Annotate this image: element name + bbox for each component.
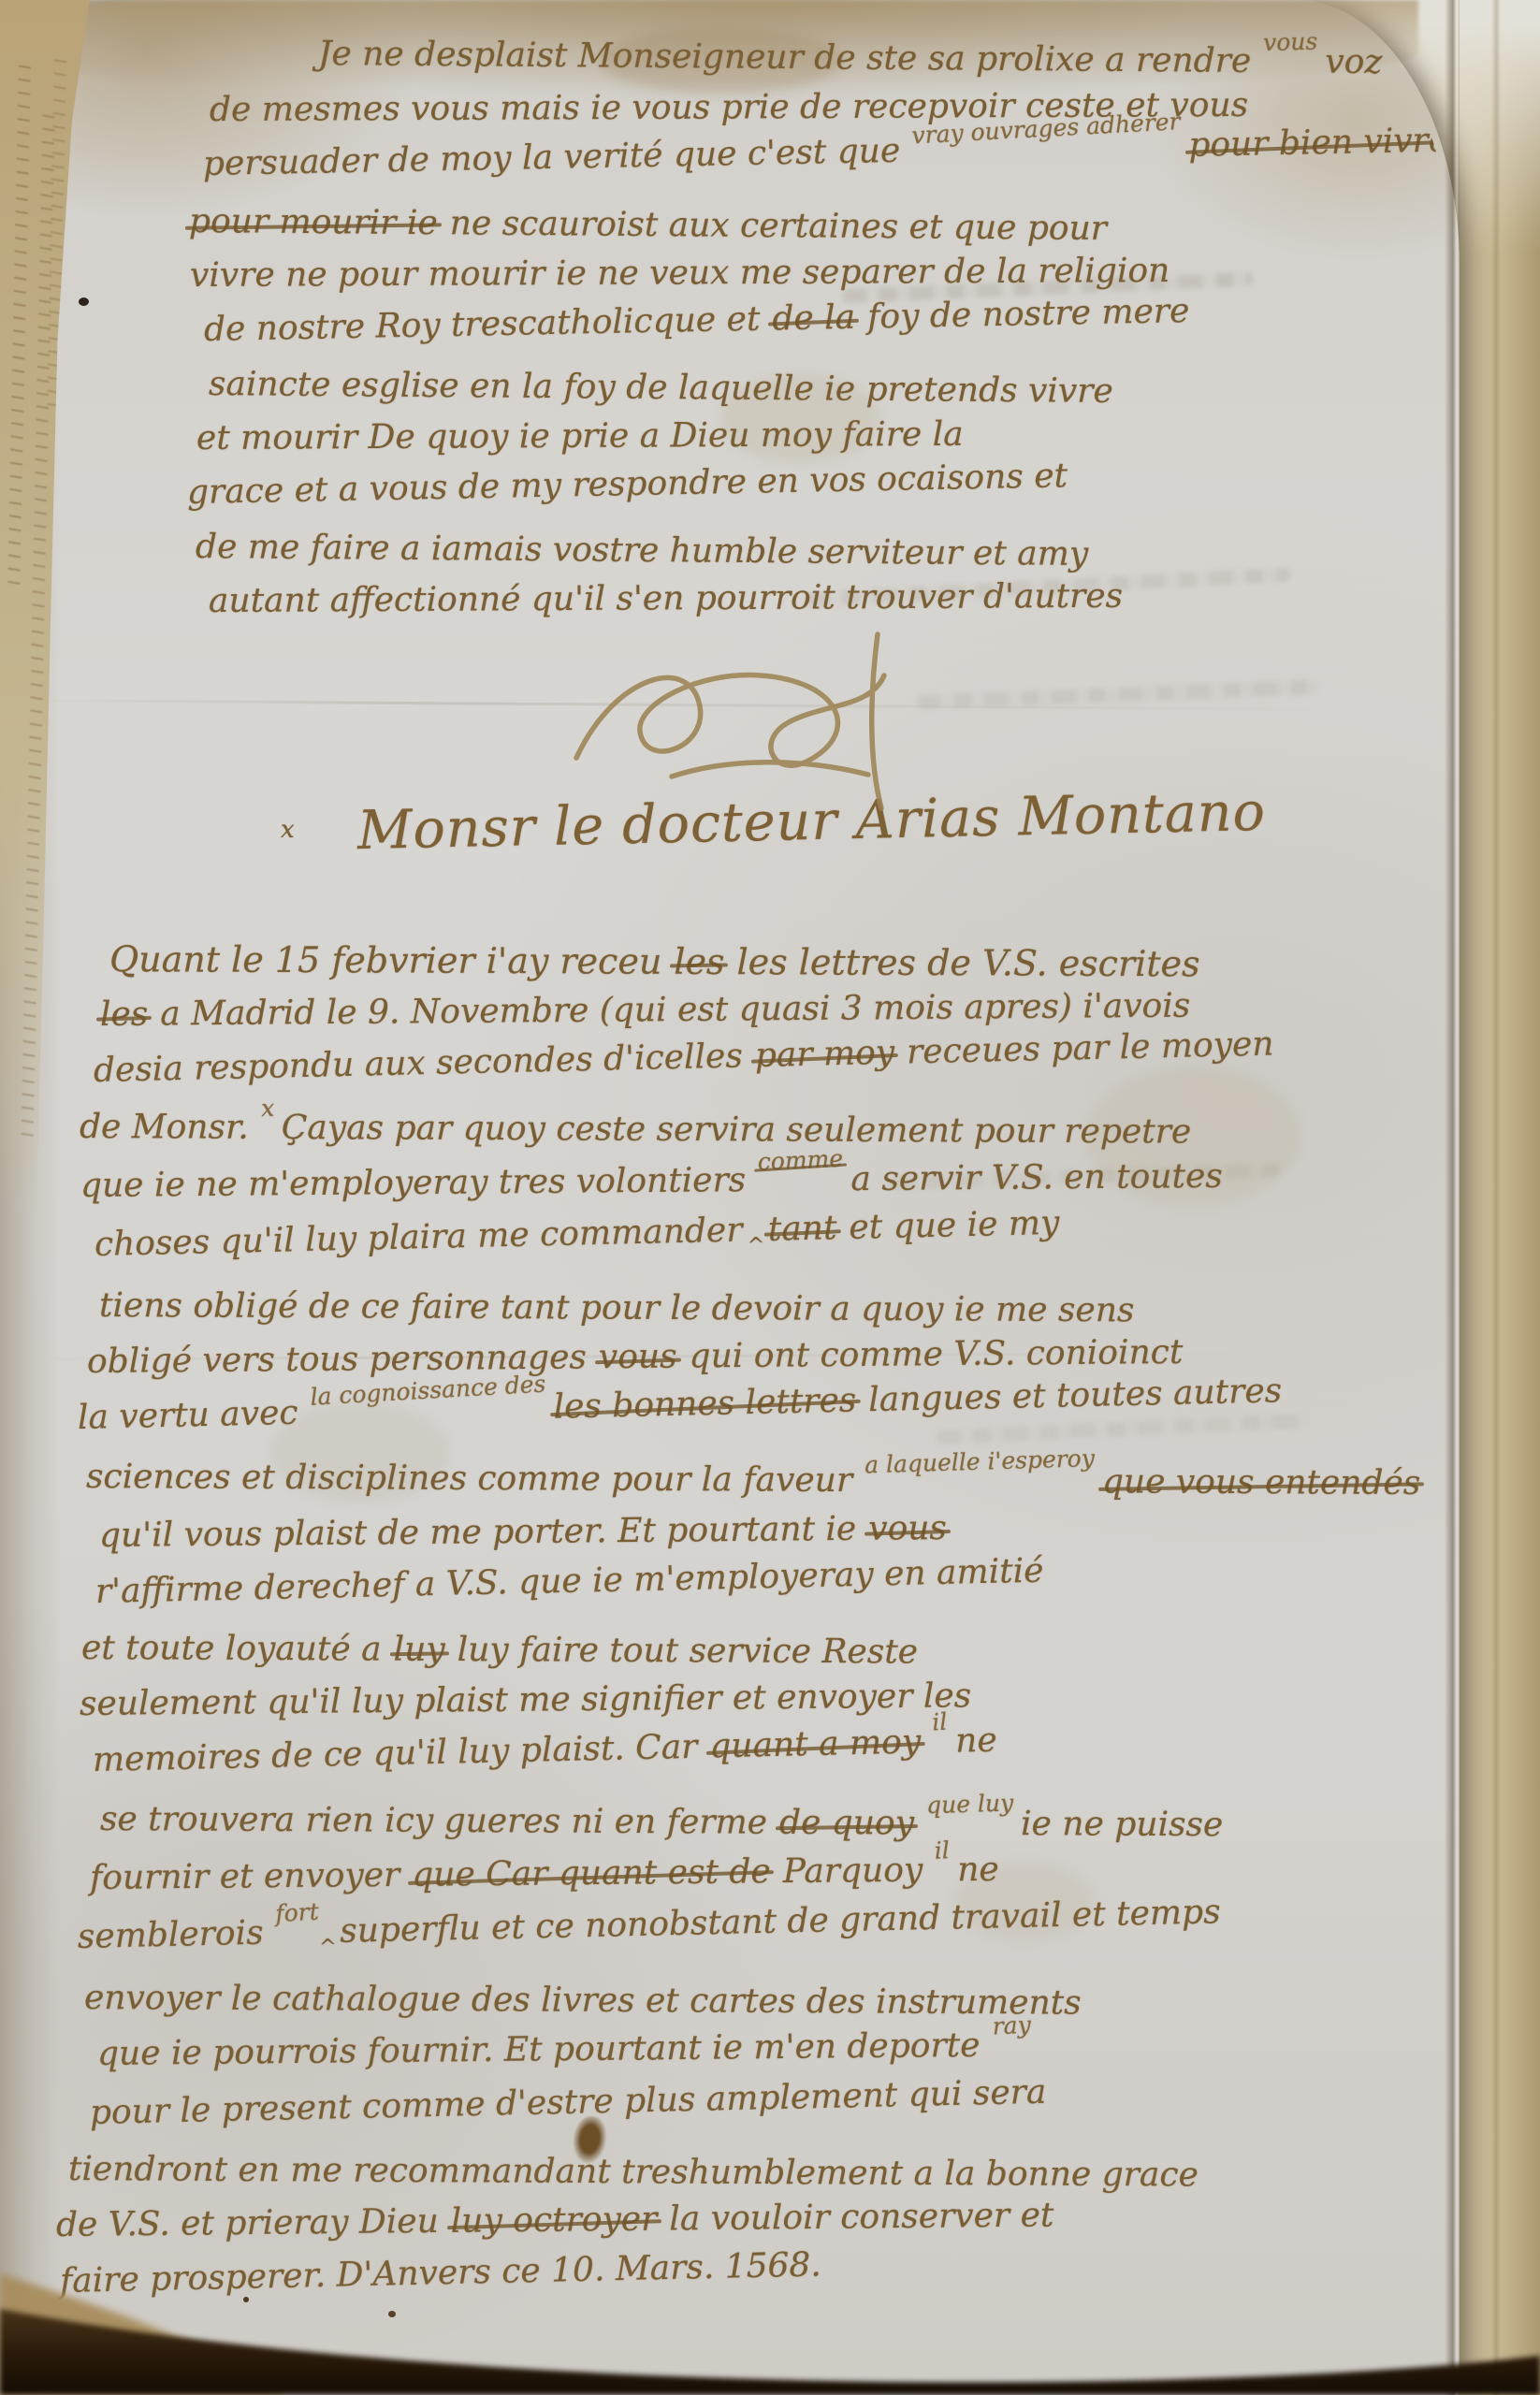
page-curl-edge: [1445, 0, 1460, 2395]
struck-text: tant: [768, 1200, 838, 1258]
struck-text: quant a moy: [709, 1714, 922, 1775]
line-text: ne: [954, 1713, 997, 1770]
line-text: la vertu avec: [77, 1386, 298, 1446]
interlinear-insertion: vous: [1263, 15, 1319, 71]
interlinear-insertion: ray: [991, 1997, 1032, 2055]
line-text: et toute loyauté a: [81, 1620, 382, 1678]
underlying-page-fold: [1491, 0, 1501, 2395]
struck-text: par moy: [754, 1025, 895, 1084]
line-text: et que ie my: [849, 1196, 1060, 1256]
line-text: se trouvera rien icy gueres ni en ferme: [100, 1792, 767, 1851]
insertion-caret: ^: [319, 1920, 338, 1976]
struck-text: les bonnes lettres: [553, 1372, 857, 1435]
line-text: de Monsr.: [80, 1099, 249, 1156]
letter-end-paragraph: Je ne desplaist Monseigneur de ste sa pr…: [198, 26, 1452, 629]
interlinear-insertion: fort: [274, 1884, 321, 1943]
struck-text: de la: [772, 291, 856, 347]
struck-text: pour bien vivre: [1188, 114, 1449, 173]
page-text-area: Je ne desplaist Monseigneur de ste sa pr…: [0, 0, 1452, 2395]
line-text: sciences et disciplines comme pour la fa…: [86, 1449, 852, 1509]
line-text: langues et toutes autres: [868, 1363, 1283, 1429]
heading-marker: x: [281, 816, 295, 844]
interlinear-insertion: il: [934, 1822, 952, 1880]
letter-body-paragraph: Quant le 15 febvrier i'ay receulesles le…: [89, 931, 1432, 2310]
paraph-flourish-icon: [559, 617, 962, 814]
interlinear-insertion: comme: [757, 1131, 845, 1191]
interlinear-insertion: a laquelle i'esperoy: [864, 1430, 1097, 1493]
struck-text: pour mourir ie: [189, 195, 438, 251]
bottom-shadow-band: [0, 2236, 1540, 2395]
line-text: semblerois: [78, 1906, 265, 1966]
line-text: receues par le moyen: [906, 1016, 1274, 1081]
line-text: Quant le 15 febvrier i'ay receu: [109, 931, 662, 990]
struck-text: luy: [393, 1622, 444, 1678]
line-text: de nostre Roy trescatholicque et: [204, 293, 761, 357]
line-text: memoires de ce qu'il luy plaist. Car: [92, 1720, 698, 1789]
insertion-caret: ^: [748, 1218, 766, 1274]
struck-text: les: [100, 987, 149, 1043]
line-text: fournir et envoyer: [90, 1848, 400, 1907]
manuscript-photo: Je ne desplaist Monseigneur de ste sa pr…: [0, 0, 1540, 2395]
line-text: foy de nostre mere: [867, 284, 1190, 345]
interlinear-insertion: x: [260, 1081, 275, 1137]
